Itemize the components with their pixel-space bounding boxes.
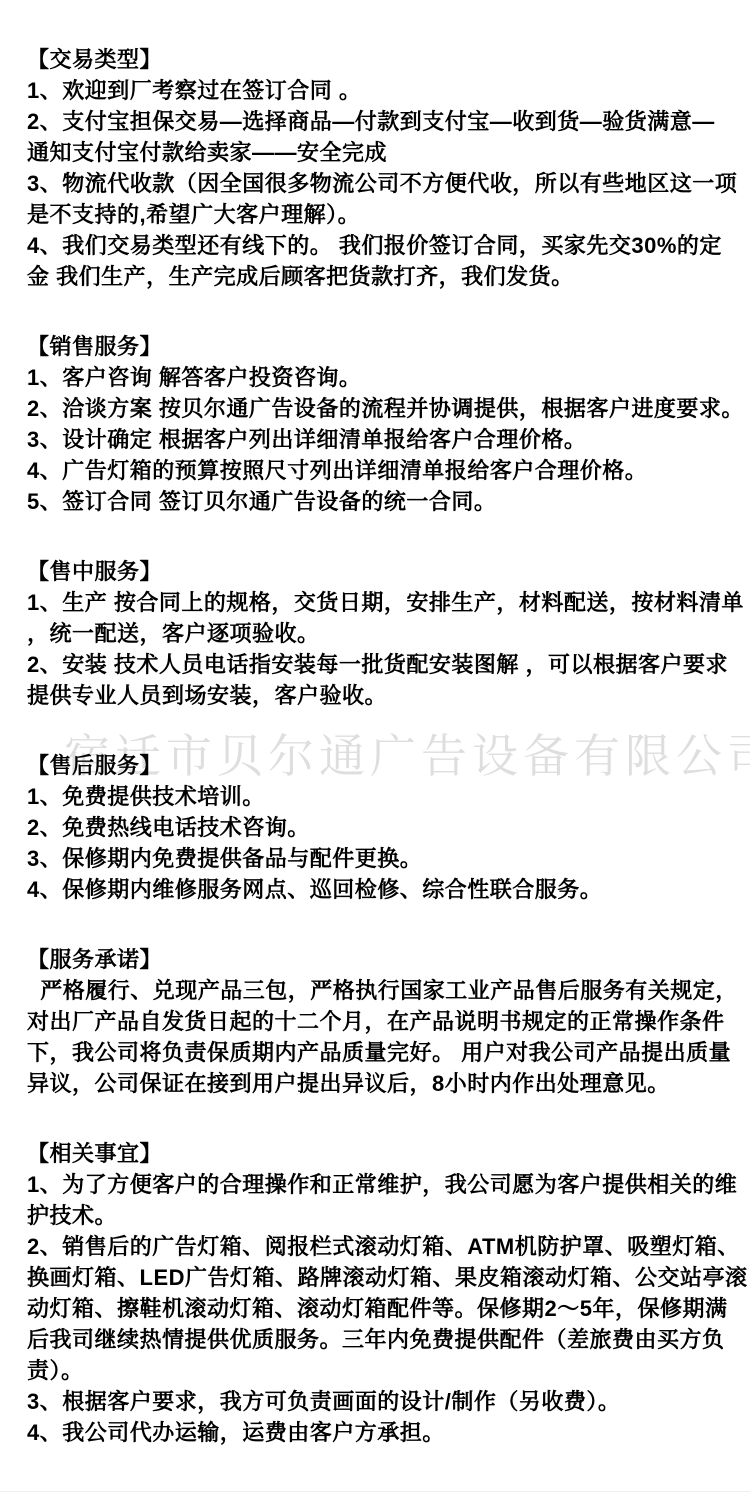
text-line: 3、设计确定 根据客户列出详细清单报给客户合理价格。 [27,424,736,455]
text-line: 1、为了方便客户的合理操作和正常维护，我公司愿为客户提供相关的维 [27,1169,736,1200]
text-line: 1、免费提供技术培训。 [27,781,736,812]
document-section: 【销售服务】 1、客户咨询 解答客户投资咨询。2、洽谈方案 按贝尔通广告设备的流… [27,331,736,517]
text-line: 2、安装 技术人员电话指安装每一批货配安装图解 ，可以根据客户要求 [27,649,736,680]
bottom-divider [0,1491,750,1492]
text-line: 护技术。 [27,1200,736,1231]
section-header: 【售后服务】 [27,750,736,781]
document-section: 【售后服务】 1、免费提供技术培训。2、免费热线电话技术咨询。3、保修期内免费提… [27,750,736,905]
text-line: ，统一配送，客户逐项验收。 [27,618,736,649]
text-line: 换画灯箱、LED广告灯箱、路牌滚动灯箱、果皮箱滚动灯箱、公交站亭滚 [27,1262,736,1293]
document-section: 【售中服务】 1、生产 按合同上的规格，交货日期，安排生产，材料配送，按材料清单… [27,556,736,711]
text-line: 2、销售后的广告灯箱、阅报栏式滚动灯箱、ATM机防护罩、吸塑灯箱、 [27,1231,736,1262]
text-line: 金 我们生产，生产完成后顾客把货款打齐，我们发货。 [27,261,736,292]
text-line: 4、保修期内维修服务网点、巡回检修、综合性联合服务。 [27,874,736,905]
document-section: 【交易类型】 1、欢迎到厂考察过在签订合同 。2、支付宝担保交易—选择商品—付款… [27,44,736,292]
section-header: 【交易类型】 [27,44,736,75]
document-section: 【服务承诺】 严格履行、兑现产品三包，严格执行国家工业产品售后服务有关规定，对出… [27,944,736,1099]
section-header: 【售中服务】 [27,556,736,587]
text-line: 严格履行、兑现产品三包，严格执行国家工业产品售后服务有关规定， [27,975,736,1006]
text-line: 下，我公司将负责保质期内产品质量完好。 用户对我公司产品提出质量 [27,1037,736,1068]
text-line: 5、签订合同 签订贝尔通广告设备的统一合同。 [27,486,736,517]
text-line: 通知支付宝付款给卖家——安全完成 [27,137,736,168]
section-header: 【销售服务】 [27,331,736,362]
text-line: 提供专业人员到场安装，客户验收。 [27,680,736,711]
text-line: 责）。 [27,1355,736,1386]
document-content: 【交易类型】 1、欢迎到厂考察过在签订合同 。2、支付宝担保交易—选择商品—付款… [27,44,736,1487]
text-line: 2、免费热线电话技术咨询。 [27,812,736,843]
text-line: 4、我们交易类型还有线下的。 我们报价签订合同，买家先交30%的定 [27,230,736,261]
text-line: 异议，公司保证在接到用户提出异议后，8小时内作出处理意见。 [27,1068,736,1099]
section-header: 【相关事宜】 [27,1138,736,1169]
text-line: 4、广告灯箱的预算按照尺寸列出详细清单报给客户合理价格。 [27,455,736,486]
text-line: 4、我公司代办运输，运费由客户方承担。 [27,1417,736,1448]
document-section: 【相关事宜】 1、为了方便客户的合理操作和正常维护，我公司愿为客户提供相关的维护… [27,1138,736,1448]
text-line: 2、洽谈方案 按贝尔通广告设备的流程并协调提供，根据客户进度要求。 [27,393,736,424]
text-line: 2、支付宝担保交易—选择商品—付款到支付宝—收到货—验货满意— [27,106,736,137]
text-line: 对出厂产品自发货日起的十二个月，在产品说明书规定的正常操作条件 [27,1006,736,1037]
text-line: 1、欢迎到厂考察过在签订合同 。 [27,75,736,106]
text-line: 动灯箱、擦鞋机滚动灯箱、滚动灯箱配件等。保修期2～5年，保修期满 [27,1293,736,1324]
text-line: 1、生产 按合同上的规格，交货日期，安排生产，材料配送，按材料清单 [27,587,736,618]
section-header: 【服务承诺】 [27,944,736,975]
text-line: 1、客户咨询 解答客户投资咨询。 [27,362,736,393]
text-line: 3、物流代收款（因全国很多物流公司不方便代收，所以有些地区这一项 [27,168,736,199]
text-line: 3、根据客户要求，我方可负责画面的设计/制作（另收费）。 [27,1386,736,1417]
text-line: 是不支持的,希望广大客户理解）。 [27,199,736,230]
text-line: 后我司继续热情提供优质服务。三年内免费提供配件（差旅费由买方负 [27,1324,736,1355]
text-line: 3、保修期内免费提供备品与配件更换。 [27,843,736,874]
document-page: { "page": { "background": "#ffffff", "te… [0,0,750,1500]
